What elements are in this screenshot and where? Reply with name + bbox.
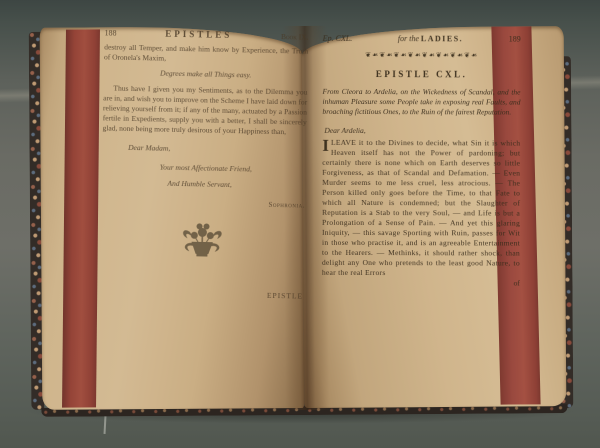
- signature: Sophronia.: [101, 196, 305, 210]
- fleuron-border-icon: ❦☙❦☙❦☙❦☙❦☙❦☙❦☙❦☙: [323, 50, 521, 61]
- right-page-number: 189: [509, 34, 521, 44]
- flower-basket-ornament-icon: [175, 220, 230, 261]
- left-body-paragraph: Thus have I given you my Sentiments, as …: [102, 83, 307, 137]
- right-running-head: Ep. CXL. for the LADIES. 189: [323, 34, 521, 45]
- maxim-line: Degrees make all Things easy.: [104, 67, 308, 81]
- running-title-caps: LADIES.: [421, 34, 463, 43]
- red-stained-edge-left: [62, 29, 100, 407]
- display-case-photo: 188 EPISTLES Book IX. destroy all Temper…: [0, 0, 600, 448]
- drop-cap: I: [322, 138, 331, 153]
- left-running-title: EPISTLES: [165, 29, 232, 40]
- left-page-text: 188 EPISTLES Book IX. destroy all Temper…: [99, 27, 309, 301]
- left-page-number: 188: [104, 28, 116, 38]
- left-intro-text: destroy all Temper, and make him know by…: [104, 42, 308, 66]
- open-book: 188 EPISTLES Book IX. destroy all Temper…: [27, 18, 576, 416]
- book-number-label: Book IX.: [281, 32, 309, 43]
- right-paragraph-text: LEAVE it to the Divines to decide, what …: [322, 138, 520, 277]
- right-catchword: of: [322, 278, 520, 289]
- epistle-argument: From Cleora to Ardelia, on the Wickednes…: [322, 87, 520, 118]
- right-running-title: for the LADIES.: [398, 34, 463, 44]
- left-running-head: 188 EPISTLES Book IX.: [104, 27, 308, 42]
- right-salutation: Dear Ardelia,: [324, 126, 520, 137]
- epistle-ref: Ep. CXL.: [323, 34, 353, 44]
- ornament-container: [100, 218, 305, 265]
- left-salutation: Dear Madam,: [128, 143, 306, 157]
- right-page-text: Ep. CXL. for the LADIES. 189 ❦☙❦☙❦☙❦☙❦☙❦…: [322, 34, 521, 289]
- closing-line-1: Your most Affectionate Friend,: [160, 163, 306, 176]
- running-title-italic: for the: [398, 34, 419, 43]
- right-body-paragraph: I LEAVE it to the Divines to decide, wha…: [322, 138, 520, 279]
- epistle-heading: EPISTLE CXL.: [323, 69, 521, 80]
- closing-line-2: And Humble Servant,: [167, 179, 305, 192]
